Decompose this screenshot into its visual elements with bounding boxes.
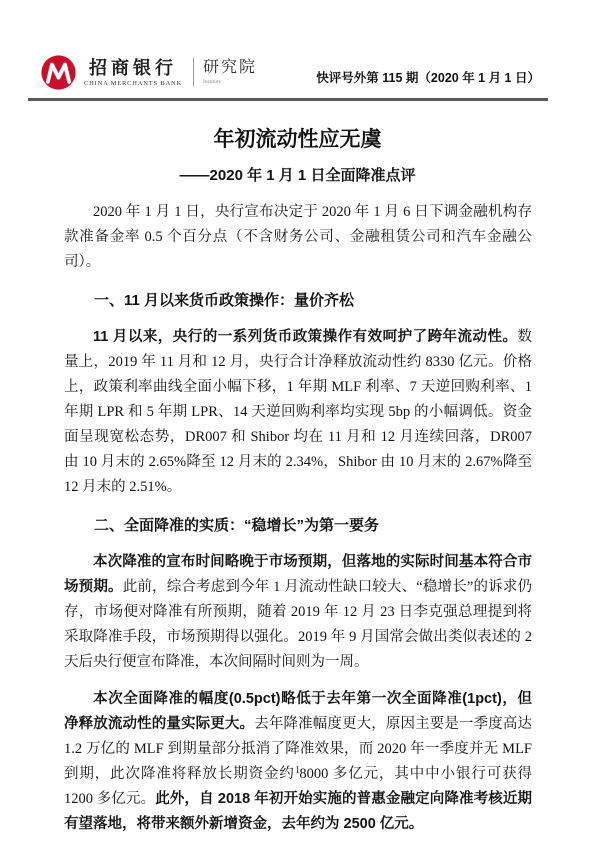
header-rule (28, 98, 548, 101)
page-title: 年初流动性应无虞 (0, 123, 595, 153)
document-body: 2020 年 1 月 1 日，央行宣布决定于 2020 年 1 月 6 日下调金… (64, 200, 532, 837)
paragraph-intro: 2020 年 1 月 1 日，央行宣布决定于 2020 年 1 月 6 日下调金… (64, 200, 532, 275)
paragraph-text: 数量上，2019 年 11 月和 12 月，央行合计净释放流动性约 8330 亿… (64, 329, 532, 495)
division-name-cn: 研究院 (203, 59, 257, 77)
page-subtitle: ——2020 年 1 月 1 日全面降准点评 (0, 164, 595, 185)
bank-name-cn: 招商银行 (84, 58, 182, 78)
page-header: 招商银行 CHINA MERCHANTS BANK 研究院 Institute … (40, 54, 540, 91)
page-number: 1 (295, 764, 301, 776)
cmb-sunflower-logo-icon (40, 54, 77, 91)
paragraph-text-bold: 11 月以来，央行的一系列货币政策操作有效呵护了跨年流动性。 (93, 329, 518, 345)
paragraph-text: 此前，综合考虑到今年 1 月流动性缺口较大、“稳增长”的诉求仍存，市场便对降准有… (64, 579, 532, 670)
paragraph-section2-b: 本次全面降准的幅度(0.5pct)略低于去年第一次全面降准(1pct)，但净释放… (64, 687, 532, 837)
bank-name-block: 招商银行 CHINA MERCHANTS BANK (84, 58, 182, 87)
division-block: 研究院 Institute (203, 59, 257, 86)
paragraph-section1: 11 月以来，央行的一系列货币政策操作有效呵护了跨年流动性。数量上，2019 年… (64, 325, 532, 500)
bank-name-en: CHINA MERCHANTS BANK (84, 80, 182, 87)
paragraph-section2-a: 本次降准的宣布时间略晚于市场预期，但落地的实际时间基本符合市场预期。此前，综合考… (64, 550, 532, 675)
division-name-en: Institute (203, 79, 257, 85)
issue-info: 快评号外第 115 期（2020 年 1 月 1 日） (316, 68, 540, 91)
report-page: 招商银行 CHINA MERCHANTS BANK 研究院 Institute … (0, 0, 595, 842)
logo-divider (193, 58, 194, 86)
section-heading-1: 一、11 月以来货币政策操作：量价齐松 (64, 288, 532, 313)
section-heading-2: 二、全面降准的实质：“稳增长”为第一要务 (64, 513, 532, 538)
page-footer: 1 (0, 764, 595, 776)
paragraph-text: 2020 年 1 月 1 日，央行宣布决定于 2020 年 1 月 6 日下调金… (64, 204, 532, 270)
cmb-logo: 招商银行 CHINA MERCHANTS BANK 研究院 Institute (40, 54, 257, 91)
